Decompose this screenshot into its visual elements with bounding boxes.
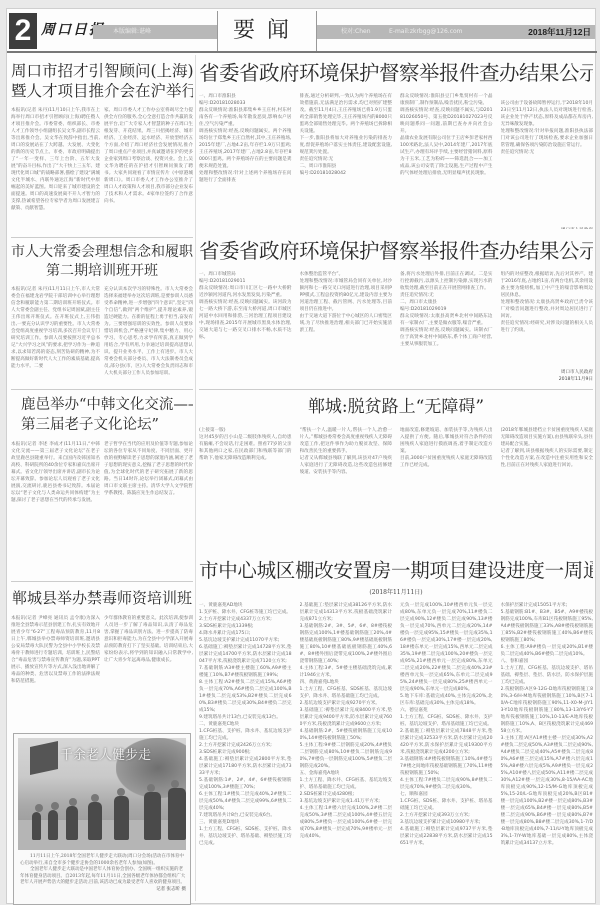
photo-news-box[interactable]: 千余老人健步走 11月11日上午,2018年全国老年人健步走大联动(周口分会场)… xyxy=(13,733,191,904)
newspaper-page: 2 周口日报 本版编辑:谌峰 要闻 校对:Chen E-mail:zkrbgg@… xyxy=(6,8,596,904)
right-column: 省委省政府环境保护督察举报件查办结果公示第六批(二) 一、周口市淮阳县 编号:D… xyxy=(199,55,593,901)
sign-org: 周口市人民政府 xyxy=(501,227,594,229)
article-body-text: 组内的对症整改,根据暗访,先后对其停产。建于2016年底,占地约1亩,有两台电机… xyxy=(501,271,594,369)
article-body: 老子哲学在当代的应用及价值等专题,参加论坛的各位专家从不同角度、不同层面、更开放… xyxy=(104,441,193,545)
email: E-mail:zkrbgg@126.com xyxy=(389,25,463,39)
article-body: 少年群体教育的重要意义。此次培训,使参训人员进一步了解了毒品知识,认清了毒品危害… xyxy=(104,615,193,727)
article-body: 本报讯(记者 尹峰亮 通讯员 孟令康)为深入推进全县禁毒示范县创建工作,扎实有效… xyxy=(11,615,100,727)
article-npc-training[interactable]: 市人大常委会理想信念和履职能力 第二期培训班开班 本报讯(记者 朱丹)11月11… xyxy=(11,243,193,385)
article-body: 水保护层累计完成15051平方米; 5.基础钢筋:B1#、B3#、B5#、A9#… xyxy=(501,602,594,902)
caption-paragraph: 全国老年人健步走大联动是中国老年人体育协会创办、全国统一组织实施的老年体育健身活… xyxy=(20,867,186,887)
article-body: 一、周口市城管局 编号:D20181029011 群众反映情况:周口市川汇区七一… xyxy=(199,271,292,383)
article-body: 充分认识本次学习的特殊性。市人大常委会选择来福建举办这次培训班,是要参训人员感受… xyxy=(104,286,193,384)
article-housing-progress[interactable]: 市中心城区棚改安置房一期项目建设进度一周通报 (2018年11月11日) 一、黄… xyxy=(199,557,593,903)
photo-walker xyxy=(88,802,102,840)
sign-org: 周口市人民政府 xyxy=(501,369,594,376)
article-divider xyxy=(11,581,193,582)
article-body: 排查,通过分析研判,一致认为两个养殖场在有效措施前,无法满足治污需求,均已对照扩… xyxy=(300,93,393,229)
article-body: 备,将污水处理后外排,目前正在调试。二是实行控源截污,以源头上控制污染源,实现污… xyxy=(400,271,493,383)
article-body: 本报讯(记者 朱丹)11月10日上午,我市在上海举行周口市招才引智顾问(上海)聘… xyxy=(11,107,100,227)
article-divider xyxy=(199,389,593,390)
masthead: 2 周口日报 本版编辑:谌峰 要闻 校对:Chen E-mail:zkrbgg@… xyxy=(7,11,597,51)
photo-credit: 记者 张志昕 摄 xyxy=(156,887,186,894)
article-body: 水体整治监管平台”。 处理和整改情况:市城管局会同有关单位,对沙颍河和七一路交叉… xyxy=(300,271,393,383)
article-body: 本报讯(记者 朱丹)11月11日上午,市人大常委会在福建龙岩学院干部培训中心举行… xyxy=(11,286,100,384)
article-body: 一、周口市淮阳县 编号:D20181028033 群众反映情况:淮阳县郑集乡乡王… xyxy=(199,93,292,229)
caption-paragraph: 11月11日上午,2018年全国老年人健步走大联动(周口分会场)活动在市体育中心… xyxy=(20,854,186,867)
article-subtitle-date: (2018年11月11日) xyxy=(199,587,593,596)
article-headline: 第二期培训班开班 xyxy=(11,262,193,281)
article-body: 本报讯(记者 李述 李成才)11月11日,“中韩文化交流——第三届老子文化论坛”… xyxy=(11,441,100,545)
photo-walker xyxy=(48,810,58,840)
photo-walker xyxy=(114,796,129,840)
editor-right: 校对:Chen xyxy=(341,25,371,39)
article-dancheng[interactable]: 郸城:脱贫路上“无障碍” (上接第一版) 这对45岁的吕小山是二级肢体残疾人,自… xyxy=(199,395,593,531)
article-luyi-forum[interactable]: 鹿邑举办“中韩文化交流—— 第三届老子文化论坛” 本报讯(记者 李述 李成才)1… xyxy=(11,395,193,545)
article-body: 一、黄鹿嘉苑AD地块 1.支护桩、降水井、CFG桩等施工均已完成。 2.土方开挖… xyxy=(199,602,292,902)
photo-walker xyxy=(144,792,161,840)
article-body: “帮扶一个人,温暖一片人,帮扶一个人,治愈一片人。”郸城县委常委会高度重视残疾人… xyxy=(300,427,393,531)
photo-walker xyxy=(32,812,41,840)
column-divider xyxy=(195,55,196,901)
photo-title-overlay: 千余老人健步走 xyxy=(60,744,151,763)
photo-walker xyxy=(168,788,186,840)
article-headline: 郸城县举办禁毒师资培训班 xyxy=(11,587,193,609)
article-talent[interactable]: 周口市招才引智顾问(上海)聘任 暨人才项目推介会在沪举行 本报讯(记者 朱丹)1… xyxy=(11,61,193,233)
article-headline: 周口市招才引智顾问(上海)聘任 xyxy=(11,61,193,81)
photo-flag xyxy=(30,741,58,775)
article-body: 群众反映情况:淮阳县豆门乡集贸村有一个晶康预制厂,制作预制品,噪音扰民,粉尘污染… xyxy=(400,93,493,229)
issue-date: 2018年11月12日 xyxy=(528,25,591,39)
article-divider xyxy=(11,237,193,238)
masthead-rule xyxy=(7,51,597,53)
page-number: 2 xyxy=(9,13,37,49)
article-body: (2018年郸城县建档立卡贫困重度残疾人家庭无障碍改造项目实施方案),由县残联牵… xyxy=(501,427,594,531)
article-body: 该公司由于设备故障暂停运行,于2018年10月23日至11月12日,执法人员对现… xyxy=(501,93,594,229)
article-headline: 省委省政府环境保护督察举报件查办结果公示第六批(二) xyxy=(199,59,593,87)
article-body-text: 该公司由于设备故障暂停运行,于2018年10月23日至11月12日,执法人员对现… xyxy=(501,100,594,220)
article-env-batch7[interactable]: 省委省政府环境保护督察举报件查办结果公示第七批(四) 一、周口市城管局 编号:D… xyxy=(199,237,593,387)
editor-left: 本版编辑:谌峰 xyxy=(113,28,151,35)
article-drug-training[interactable]: 郸城县举办禁毒师资培训班 本报讯(记者 尹峰亮 通讯员 孟令康)为深入推进全县禁… xyxy=(11,587,193,727)
article-body: 地面改造,修建坡道、加装扶手等,为残疾人出入提供了方便。随后,郸城县对符合条件的… xyxy=(400,427,493,531)
photo-caption: 11月11日上午,2018年全国老年人健步走大联动(周口分会场)活动在市体育中心… xyxy=(20,854,186,893)
article-env-batch6[interactable]: 省委省政府环境保护督察举报件查办结果公示第六批(二) 一、周口市淮阳县 编号:D… xyxy=(199,59,593,235)
article-divider xyxy=(11,389,193,390)
article-body: 2.基础施工:垫层累计完成38126平方米,防水层累计完成14313平方米,筏板… xyxy=(300,602,393,902)
article-body: 家、周口市委人才工作办公室将竭尽全力提供全方位的服务,全心全意打造合作共赢的发展… xyxy=(104,107,193,227)
photo-walker xyxy=(66,806,78,840)
article-headline: 省委省政府环境保护督察举报件查办结果公示第七批(四) xyxy=(199,237,593,265)
article-body: (上接第一版) 这对45岁的吕小山是二级肢体残疾人,自幼患有脑瘫,不会说话,行走… xyxy=(199,427,292,531)
article-body: 组内的对症整改,根据暗访,先后对其停产。建于2016年底,占地约1亩,有两台电机… xyxy=(501,271,594,383)
article-body: 元负一层完成100%,10#楼西单元负一层完成80%,东单元负一层完成70%,1… xyxy=(400,602,493,902)
editor-bar-right: 校对:Chen E-mail:zkrbgg@126.com 2018年11月12… xyxy=(317,25,595,39)
article-headline: 郸城:脱贫路上“无障碍” xyxy=(199,395,593,419)
article-headline: 第三届老子文化论坛” xyxy=(11,415,193,435)
sign-date: 2018年11月9日 xyxy=(501,376,594,383)
article-headline: 暨人才项目推介会在沪举行 xyxy=(11,81,193,101)
editor-bar-left: 本版编辑:谌峰 xyxy=(93,25,217,39)
news-photo-elderly-walk: 千余老人健步走 xyxy=(18,738,186,850)
article-headline: 市人大常委会理想信念和履职能力 xyxy=(11,243,193,262)
article-headline: 市中心城区棚改安置房一期项目建设进度一周通报 xyxy=(199,557,593,585)
section-title: 要闻 xyxy=(217,11,317,51)
article-headline: 鹿邑举办“中韩文化交流—— xyxy=(11,395,193,415)
